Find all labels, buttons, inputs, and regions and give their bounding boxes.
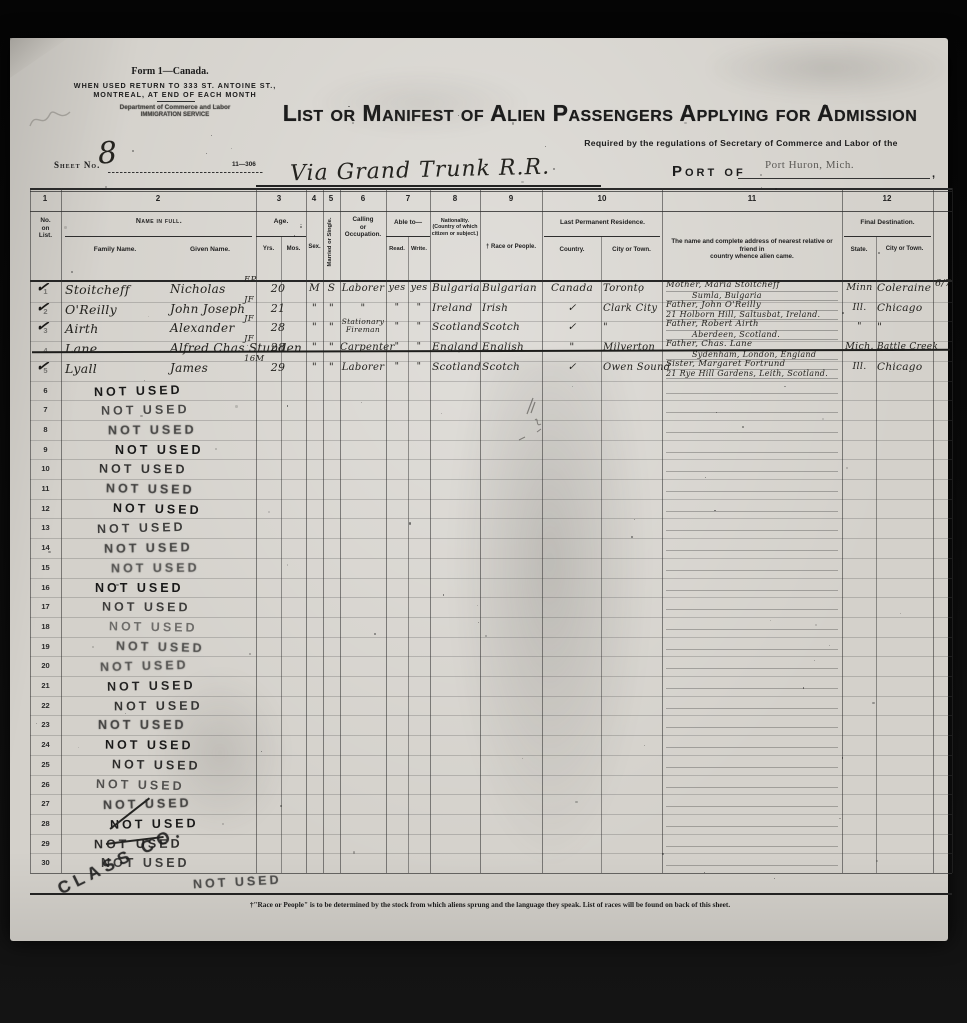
col-header-dest-city: City or Town. (876, 246, 933, 253)
table-rule-horizontal (30, 696, 952, 697)
paper-speck (211, 135, 212, 136)
table-rule-horizontal (30, 676, 952, 677)
paper-speck (824, 104, 826, 106)
manifest-cell: Scotland (432, 322, 480, 334)
table-rule-horizontal (30, 211, 952, 212)
not-used-stamp: NOT USED (99, 462, 188, 477)
col-header-city: City or Town. (601, 246, 662, 253)
relative-cell: Father, John O'Reilly21 Holborn Hill, Sa… (666, 301, 838, 320)
paper-speck (477, 605, 478, 606)
paper-speck (71, 271, 73, 273)
relative-column-rule (666, 491, 838, 492)
manifest-cell: " (877, 322, 932, 334)
paper-speck (116, 584, 118, 586)
relative-line1: Sister, Margaret Fortrund (666, 360, 838, 370)
table-rule-horizontal (30, 715, 952, 716)
paper-speck (441, 413, 442, 414)
paper-speck (839, 818, 841, 820)
relative-column-rule (666, 570, 838, 571)
manifest-cell: Bulgaria (432, 283, 480, 295)
manifest-cell: Scotland (432, 362, 480, 374)
paper-speck (900, 613, 901, 614)
col-header-name-group: Name in full. (65, 218, 253, 226)
paper-speck (485, 635, 486, 636)
relative-column-rule (666, 590, 838, 591)
manifest-cell: " (306, 303, 323, 315)
relative-column-rule (666, 826, 838, 827)
paper-speck (892, 348, 893, 349)
manifest-cell: Battle Creek (877, 342, 932, 352)
table-rule-horizontal (30, 735, 952, 736)
manifest-cell: 28 (260, 322, 296, 334)
paper-speck (353, 851, 355, 853)
paper-speck (222, 823, 224, 825)
col-header-marital: Married or Single. (327, 213, 334, 271)
manifest-cell: 28 (260, 342, 296, 354)
manifest-cell: " (306, 362, 323, 374)
column-number: 6 (351, 194, 375, 203)
table-rule-horizontal (30, 558, 952, 559)
not-used-stamp: NOT USED (114, 698, 203, 713)
manifest-cell: M (306, 283, 323, 295)
not-used-stamp: NOT USED (115, 443, 204, 457)
manifest-cell: 6/7 (935, 279, 951, 290)
relative-column-rule (666, 767, 838, 768)
paper-speck (814, 660, 815, 661)
paper-speck (148, 316, 149, 317)
col-header-state: State. (842, 246, 876, 253)
paper-speck (522, 758, 523, 759)
relative-line2: 21 Rye Hill Gardens, Leith, Scotland. (666, 369, 838, 378)
not-used-stamp: NOT USED (111, 560, 200, 575)
manifest-cell: Alexander (170, 322, 250, 335)
not-used-stamp: NOT USED (98, 718, 187, 732)
relative-column-rule (666, 865, 838, 866)
paper-speck (521, 181, 523, 183)
paper-speck (268, 511, 270, 513)
manifest-cell: Clark City (603, 303, 661, 314)
paper-speck (443, 594, 444, 595)
paper-speck (287, 405, 289, 407)
paper-speck (705, 477, 706, 478)
table-rule-horizontal (65, 236, 252, 237)
paper-speck (235, 405, 237, 407)
checkmark-icon: ✓ (35, 317, 50, 337)
manifest-cell: Milverton (603, 342, 661, 353)
manifest-cell: Lane (65, 342, 165, 356)
manifest-cell: Ill. (844, 362, 875, 373)
relative-column-rule (666, 609, 838, 610)
table-rule-horizontal (30, 459, 952, 460)
not-used-stamp: NOT USED (112, 757, 201, 773)
manifest-cell: Toronto (603, 283, 661, 294)
paper-speck (829, 645, 830, 646)
table-rule-horizontal (30, 499, 952, 500)
relative-column-rule (666, 412, 838, 413)
not-used-stamp: NOT USED (96, 776, 185, 792)
paper-speck (842, 757, 844, 759)
manifest-cell: ✓ (544, 322, 600, 334)
table-rule-vertical (61, 188, 62, 873)
paper-speck (784, 386, 786, 388)
row-number: 13 (30, 523, 61, 532)
relative-column-rule (666, 787, 838, 788)
col-header-yrs: Yrs. (256, 246, 281, 253)
row-number: 29 (30, 839, 61, 848)
table-rule-horizontal (30, 794, 952, 795)
table-rule-vertical (256, 188, 257, 873)
not-used-stamp: NOT USED (101, 402, 190, 418)
relative-column-rule (666, 629, 838, 630)
row-number: 20 (30, 661, 61, 670)
table-rule-horizontal (30, 873, 952, 874)
relative-column-rule (666, 530, 838, 531)
paper-speck (815, 624, 816, 625)
paper-speck (300, 226, 302, 228)
manifest-cell: England (432, 342, 480, 354)
paper-speck (760, 174, 762, 176)
table-rule-horizontal (30, 637, 952, 638)
paper-speck (770, 620, 771, 621)
paper-speck (478, 622, 479, 623)
relative-cell: Father, Robert AirthAberdeen, Scotland. (666, 320, 838, 339)
not-used-stamp: NOT USED (102, 600, 191, 615)
manifest-cell: " (544, 342, 600, 354)
table-rule-horizontal (30, 656, 952, 657)
manifest-cell: Owen Sound (603, 362, 661, 373)
manifest-cell: " (408, 322, 430, 333)
col-header-write: Write. (408, 246, 430, 253)
table-rule-horizontal (30, 617, 952, 618)
col-header-destination-group: Final Destination. (842, 219, 933, 227)
row-number: 24 (30, 740, 61, 749)
relative-column-rule (666, 846, 838, 847)
relative-column-rule (666, 452, 838, 453)
relative-column-rule (666, 471, 838, 472)
not-used-stamp: NOT USED (116, 638, 205, 654)
col-header-read: Read. (386, 246, 408, 253)
col-header-able-group: Able to— (386, 219, 430, 227)
paper-speck (846, 467, 848, 469)
table-rule-vertical (933, 188, 934, 873)
relative-line1: Father, Chas. Lane (666, 340, 838, 350)
table-rule-vertical (601, 236, 602, 873)
paper-speck (132, 150, 134, 152)
column-number: 10 (590, 194, 614, 203)
not-used-stamp: NOT USED (100, 658, 189, 674)
col-header-relative: The name and complete address of nearest… (664, 238, 840, 261)
row-number: 12 (30, 504, 61, 513)
relative-line1: Father, Robert Airth (666, 320, 838, 330)
manifest-cell: ✓ (544, 362, 600, 374)
manifest-cell: Laborer (340, 283, 386, 294)
table-rule-vertical (662, 188, 663, 873)
table-rule-horizontal (844, 236, 931, 237)
manifest-cell: " (386, 303, 408, 314)
paper-speck (572, 386, 573, 387)
manifest-cell: Lyall (65, 362, 165, 376)
manifest-cell: ✓ (544, 303, 600, 315)
paper-speck (92, 646, 94, 648)
row-number: 22 (30, 701, 61, 710)
manifest-cell: 20 (260, 283, 296, 295)
relative-line1: Father, John O'Reilly (666, 301, 838, 311)
paper-speck (775, 188, 777, 190)
manifest-cell: yes (408, 283, 430, 294)
column-number: 5 (319, 194, 343, 203)
paper-speck (287, 564, 289, 566)
table-rule-horizontal (30, 853, 952, 854)
paper-speck (644, 745, 645, 746)
paper-speck (261, 751, 262, 752)
row-number: 30 (30, 858, 61, 867)
manifest-cell: Alfred Chas Stunden (170, 342, 250, 355)
manifest-cell: John Joseph (170, 303, 250, 316)
row-number: 7 (30, 405, 61, 414)
relative-column-rule (666, 511, 838, 512)
table-rule-horizontal (30, 400, 952, 401)
table-rule-horizontal (30, 381, 952, 382)
relative-line2: Aberdeen, Scotland. (666, 330, 838, 339)
manifest-cell: " (340, 303, 386, 314)
paper-speck (374, 633, 376, 635)
paper-speck (458, 115, 459, 116)
column-number: 2 (146, 194, 170, 203)
paper-speck (774, 878, 776, 880)
relative-column-rule (666, 688, 838, 689)
paper-speck (842, 312, 844, 314)
paper-speck (704, 872, 705, 873)
checkmark-icon: ✓ (35, 277, 50, 297)
row-number: 25 (30, 760, 61, 769)
manifest-cell: " (323, 362, 340, 374)
not-used-stamp: NOT USED (95, 581, 184, 595)
manifest-cell: Stoitcheff (65, 283, 165, 297)
manifest-cell: Minn (844, 283, 875, 294)
manifest-cell: Laborer (340, 362, 386, 373)
relative-column-rule (666, 727, 838, 728)
paper-speck (361, 402, 362, 403)
relative-column-rule (666, 668, 838, 669)
row-number: 6 (30, 386, 61, 395)
manifest-table: 1234567891011121234567891011121314151617… (10, 38, 948, 941)
table-rule-horizontal (544, 236, 660, 237)
table-rule-horizontal (30, 755, 952, 756)
table-rule-vertical (842, 188, 843, 873)
manifest-cell: " (408, 303, 430, 314)
paper-speck (512, 122, 514, 124)
paper-speck (249, 653, 251, 655)
manifest-cell: " (306, 322, 323, 334)
row-number: 28 (30, 819, 61, 828)
paper-speck (876, 860, 878, 862)
row-number: 9 (30, 445, 61, 454)
paper-speck (48, 551, 50, 553)
col-header-sex: Sex. (304, 244, 325, 251)
paper-speck (64, 226, 66, 228)
col-header-race: † Race or People. (480, 244, 542, 251)
table-rule-horizontal (30, 578, 952, 579)
table-rule-horizontal (30, 518, 952, 519)
col-header-nationality: Nationality. (Country of which citizen o… (429, 218, 481, 237)
paper-speck (684, 122, 686, 124)
table-rule-horizontal (30, 814, 952, 815)
paper-speck (742, 426, 744, 428)
manifest-cell: James (170, 362, 250, 375)
manifest-cell: Chicago (877, 303, 932, 315)
col-header-age-group: Age. (256, 218, 306, 226)
paper-speck (215, 448, 217, 450)
not-used-stamp: NOT USED (106, 481, 195, 497)
manifest-cell: Scotch (482, 322, 540, 334)
not-used-stamp: NOT USED (107, 678, 196, 694)
footnote: †"Race or People" is to be determined by… (90, 900, 890, 909)
manifest-cell: O'Reilly (65, 303, 165, 317)
relative-column-rule (666, 393, 838, 394)
column-number: 1 (33, 194, 57, 203)
manifest-cell: Coleraine (877, 283, 932, 295)
table-rule-horizontal (30, 538, 952, 539)
table-rule-horizontal (30, 893, 952, 895)
not-used-stamp: NOT USED (97, 520, 186, 536)
paper-speck (872, 702, 874, 704)
paper-speck (575, 801, 577, 803)
column-number: 3 (267, 194, 291, 203)
col-header-country: Country. (544, 246, 600, 253)
table-rule-horizontal (30, 440, 952, 441)
not-used-stamp: NOT USED (104, 540, 193, 556)
row-number: 17 (30, 602, 61, 611)
manifest-cell: Canada (544, 283, 600, 295)
col-header-no: No. on List. (30, 217, 61, 240)
col-header-family: Family Name. (65, 246, 165, 254)
paper-speck (78, 747, 79, 748)
col-header-given: Given Name. (165, 246, 255, 254)
manifest-cell: Nicholas (170, 283, 250, 296)
paper-speck (231, 148, 232, 149)
row-number: 11 (30, 484, 61, 493)
paper-speck (352, 122, 354, 124)
manifest-cell: S (323, 283, 340, 295)
relative-line2: Sumla, Bulgaria (666, 291, 838, 300)
relative-column-rule (666, 806, 838, 807)
table-rule-horizontal (30, 597, 952, 598)
manifest-cell: " (844, 322, 875, 333)
table-rule-horizontal (30, 775, 952, 776)
row-number: 18 (30, 622, 61, 631)
col-header-calling: Calling or Occupation. (340, 216, 386, 239)
paper-speck (348, 106, 349, 107)
relative-cell: Mother, Maria StoitcheffSumla, Bulgaria (666, 281, 838, 300)
row-number: 21 (30, 681, 61, 690)
row-number: 23 (30, 720, 61, 729)
column-number: 9 (499, 194, 523, 203)
column-number: 8 (443, 194, 467, 203)
row-number: 15 (30, 563, 61, 572)
manifest-cell: yes (386, 283, 408, 294)
column-number: 11 (740, 194, 764, 203)
table-rule-vertical (430, 188, 431, 873)
relative-column-rule (666, 747, 838, 748)
pencil-marks (505, 394, 565, 444)
not-used-stamp: NOT USED (105, 738, 194, 753)
not-used-stamp: NOT USED (94, 382, 183, 398)
manifest-cell: Irish (482, 303, 540, 315)
manifest-cell: Scotch (482, 362, 540, 374)
paper-speck (206, 153, 207, 154)
paper-speck (553, 168, 554, 169)
manifest-cell: " (323, 322, 340, 334)
table-rule-horizontal (30, 420, 952, 421)
manifest-cell: Ill. (844, 303, 875, 314)
manifest-cell: " (603, 322, 661, 333)
manifest-cell: Airth (65, 322, 165, 336)
row-number: 26 (30, 780, 61, 789)
checkmark-icon: ✓ (35, 297, 50, 317)
manifest-cell: Bulgarian (482, 283, 540, 295)
paper-speck (215, 105, 217, 107)
manifest-cell: " (408, 362, 430, 373)
not-used-stamp: NOT USED (109, 619, 198, 635)
row-number: 10 (30, 464, 61, 473)
paper-speck (409, 522, 411, 524)
table-rule-horizontal (30, 191, 952, 192)
manifest-sheet: Form 1—Canada. WHEN USED RETURN TO 333 S… (10, 38, 948, 941)
col-header-residence-group: Last Permanent Residence. (544, 219, 661, 227)
paper-speck (545, 146, 546, 147)
table-rule-vertical (480, 188, 481, 873)
checkmark-icon: ✓ (35, 356, 50, 376)
relative-column-rule (666, 649, 838, 650)
relative-column-rule (666, 550, 838, 551)
table-rule-horizontal (30, 479, 952, 480)
relative-column-rule (666, 708, 838, 709)
not-used-stamp: NOT USED (108, 423, 197, 438)
manifest-cell: Stationary Fireman (340, 318, 386, 333)
row-number: 8 (30, 425, 61, 434)
table-rule-vertical (542, 188, 543, 873)
relative-cell: Sister, Margaret Fortrund21 Rye Hill Gar… (666, 360, 838, 379)
col-header-mos: Mos. (281, 246, 306, 253)
manifest-cell: Mich. (844, 342, 875, 353)
row-number: 16 (30, 583, 61, 592)
not-used-stamp: NOT USED (113, 501, 202, 517)
manifest-cell: " (323, 303, 340, 315)
manifest-cell: English (482, 342, 540, 354)
manifest-cell: 29 (260, 362, 296, 374)
relative-line1: Mother, Maria Stoitcheff (666, 281, 838, 291)
paper-speck (140, 415, 142, 417)
manifest-cell: " (386, 322, 408, 333)
manifest-cell: Chicago (877, 362, 932, 374)
table-rule-vertical (952, 188, 953, 873)
row-number: 27 (30, 799, 61, 808)
row-number: 14 (30, 543, 61, 552)
relative-column-rule (666, 432, 838, 433)
manifest-cell: " (386, 362, 408, 373)
column-number: 7 (396, 194, 420, 203)
paper-speck (662, 853, 664, 855)
manifest-cell: Ireland (432, 303, 480, 315)
row-number: 19 (30, 642, 61, 651)
table-rule-horizontal (30, 188, 952, 190)
manifest-cell: 21 (260, 303, 296, 315)
relative-line2: 21 Holborn Hill, Saltusbat, Ireland. (666, 310, 838, 319)
column-number: 12 (875, 194, 899, 203)
